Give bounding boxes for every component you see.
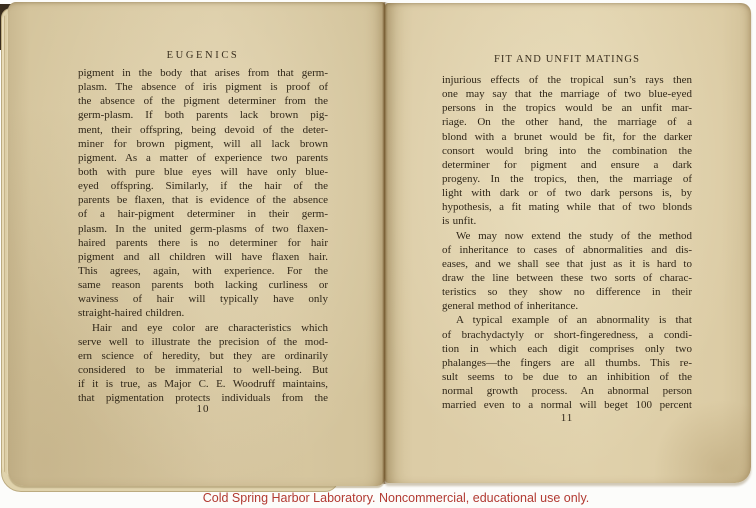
text-line: pigment and all children will have flaxe… — [78, 250, 328, 264]
text-line: riage. On the other hand, the marriage o… — [442, 115, 692, 129]
text-line: germ-plasm. If both parents lack brown p… — [78, 108, 328, 122]
text-line: blond with a brunet would be fit, for th… — [442, 130, 692, 144]
text-line: straight-haired children. — [78, 306, 328, 320]
text-line: of inheritance to cases of abnormalities… — [442, 243, 692, 257]
text-line: one may say that the marriage of two blu… — [442, 87, 692, 101]
book-gutter — [382, 2, 388, 484]
text-line: persons in the tropics would be an unfit… — [442, 101, 692, 115]
text-line: plasm. The absence of iris pigment is pr… — [78, 80, 328, 94]
text-line: same reason parents both lacking curline… — [78, 278, 328, 292]
text-line: determiner for pigment and ensure a dark — [442, 158, 692, 172]
text-line: consort would bring into the combination… — [442, 144, 692, 158]
text-line: ern science of heredity, but they are or… — [78, 349, 328, 363]
page-number-left: 10 — [78, 403, 328, 415]
text-line: of a hair-pigment determiner in their ge… — [78, 207, 328, 221]
text-line: draw the line between these two sorts of… — [442, 271, 692, 285]
text-line: is unfit. — [442, 214, 692, 228]
text-line: This agrees, again, with experience. For… — [78, 264, 328, 278]
text-line: ment, their offspring, being devoid of t… — [78, 123, 328, 137]
text-line: We may now extend the study of the metho… — [442, 229, 692, 243]
scanned-book-photo: EUGENICS pigment in the body that arises… — [0, 0, 756, 508]
page-number-right: 11 — [442, 412, 692, 424]
text-line: Hair and eye color are characteristics w… — [78, 321, 328, 335]
text-line: plasm. In the united germ-plasms of two … — [78, 222, 328, 236]
running-header-left: EUGENICS — [78, 50, 328, 61]
text-line: progeny. In the tropics, then, the marri… — [442, 172, 692, 186]
text-line: teristics so they show no difference in … — [442, 285, 692, 299]
text-line: parents be flaxen, that is evidence of t… — [78, 193, 328, 207]
book-page-right: FIT AND UNFIT MATINGS injurious effects … — [385, 3, 751, 483]
text-line: pigment in the body that arises from tha… — [78, 66, 328, 80]
running-header-right: FIT AND UNFIT MATINGS — [442, 54, 692, 65]
text-line: injurious effects of the tropical sun’s … — [442, 73, 692, 87]
text-line: tion in which each digit comprises only … — [442, 342, 692, 356]
text-line: pigment. As a matter of experience two p… — [78, 151, 328, 165]
text-line: general method of inheritance. — [442, 299, 692, 313]
text-line: of brachydactyly or short-fingeredness, … — [442, 328, 692, 342]
text-line: normal growth process. An abnormal perso… — [442, 384, 692, 398]
text-line: waviness of hair will typically have onl… — [78, 292, 328, 306]
text-line: eases, and we shall see that just as it … — [442, 257, 692, 271]
body-text-left: pigment in the body that arises from tha… — [78, 66, 328, 405]
text-line: phalanges—the fingers are all thumbs. Th… — [442, 356, 692, 370]
book-page-left: EUGENICS pigment in the body that arises… — [8, 2, 385, 486]
text-line: miner for brown pigment, will all lack b… — [78, 137, 328, 151]
text-line: serve well to illustrate the precision o… — [78, 335, 328, 349]
text-line: hypothesis, a fit mating while that of t… — [442, 200, 692, 214]
text-line: the absence of the pigment determiner fr… — [78, 94, 328, 108]
text-line: haired parents there is no determiner fo… — [78, 236, 328, 250]
text-line: eyed offspring. Similarly, if the hair o… — [78, 179, 328, 193]
text-line: if it is true, as Major C. E. Woodruff m… — [78, 377, 328, 391]
attribution-caption: Cold Spring Harbor Laboratory. Noncommer… — [36, 491, 756, 505]
text-line: both with pure blue eyes will have only … — [78, 165, 328, 179]
text-line: light with dark or of two dark persons i… — [442, 186, 692, 200]
text-line: married even to a normal will beget 100 … — [442, 398, 692, 412]
body-text-right: injurious effects of the tropical sun’s … — [442, 73, 692, 412]
text-line: considered to be immaterial to well-bein… — [78, 363, 328, 377]
text-line: sult seems to be due to an inhibition of… — [442, 370, 692, 384]
text-line: A typical example of an abnormality is t… — [442, 313, 692, 327]
